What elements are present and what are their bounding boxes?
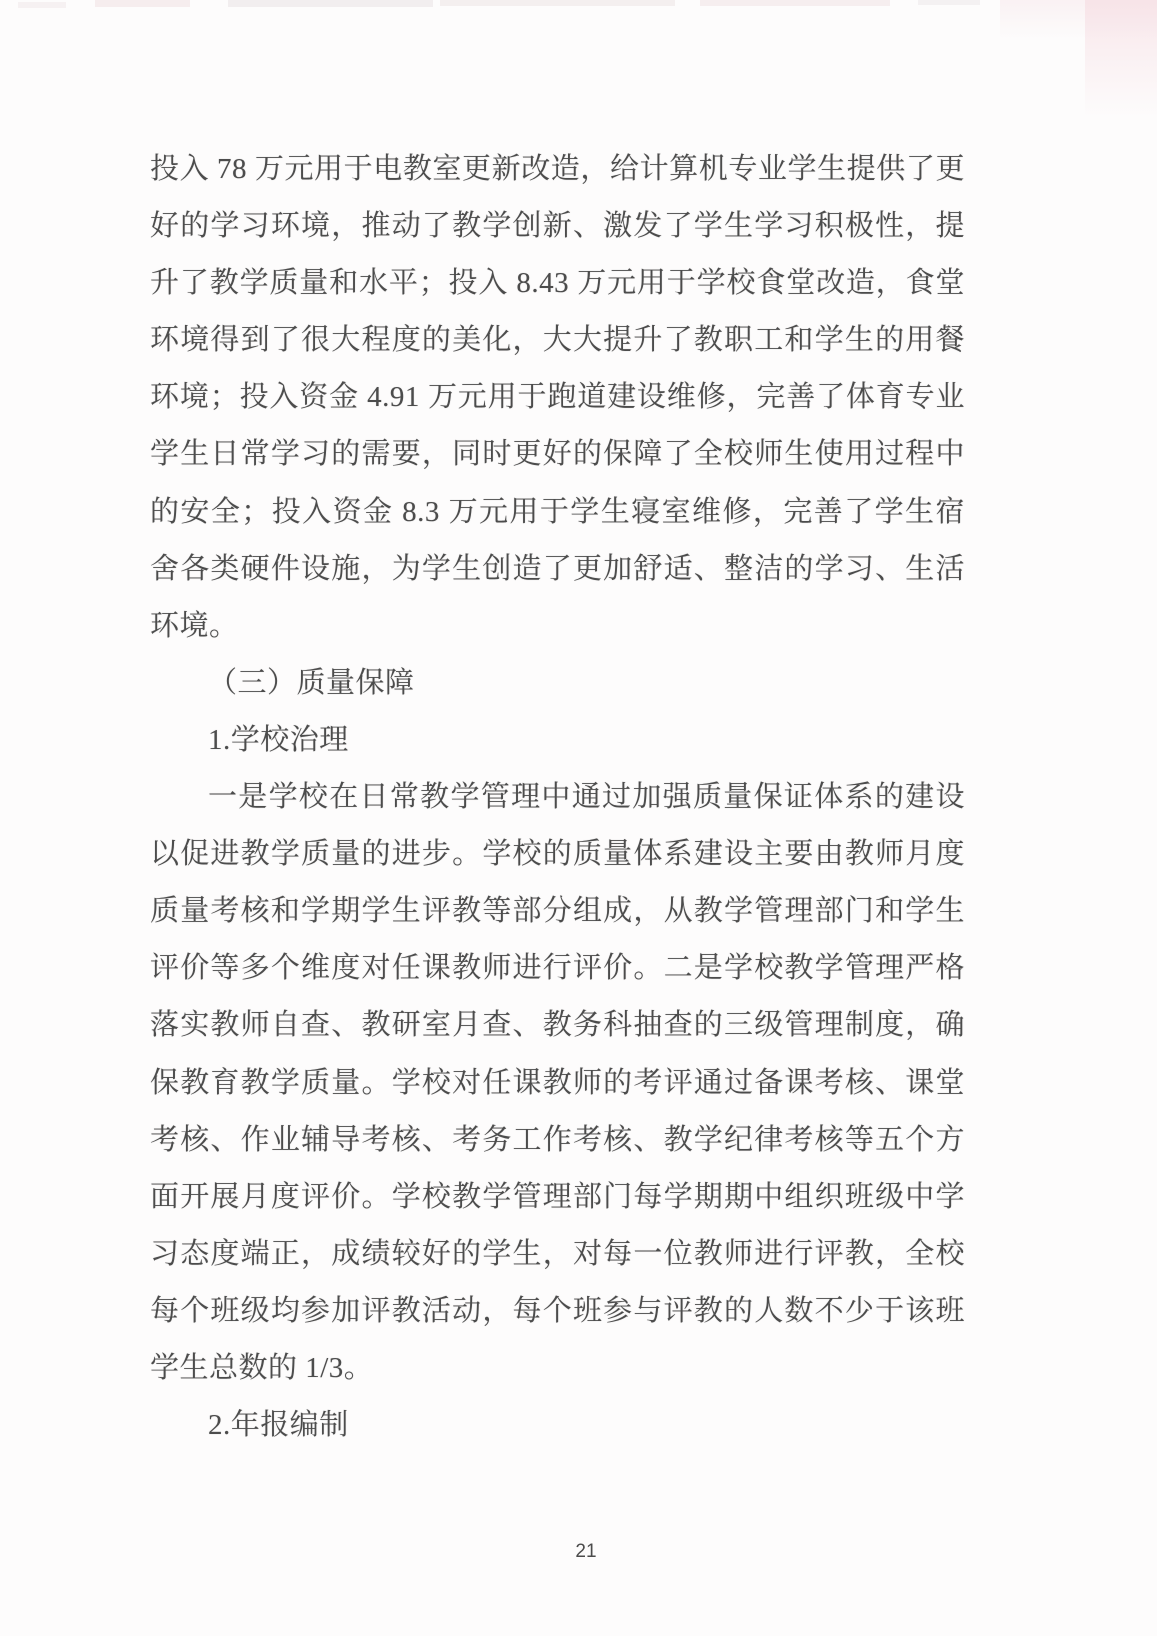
scan-artifact bbox=[440, 0, 675, 6]
text-line: 环境得到了很大程度的美化，大大提升了教职工和学生的用餐 bbox=[150, 312, 965, 369]
text-line: 学生日常学习的需要，同时更好的保障了全校师生使用过程中 bbox=[150, 426, 965, 483]
document-body: 投入 78 万元用于电教室更新改造，给计算机专业学生提供了更 好的学习环境，推动… bbox=[150, 141, 965, 1454]
text-line: 好的学习环境，推动了教学创新、激发了学生学习积极性，提 bbox=[150, 198, 965, 255]
scan-artifact bbox=[1000, 0, 1157, 40]
section-heading-quality-assurance: （三）质量保障 bbox=[150, 655, 965, 712]
text-line: 舍各类硬件设施，为学生创造了更加舒适、整洁的学习、生活 bbox=[150, 541, 965, 598]
text-line: 升了教学质量和水平；投入 8.43 万元用于学校食堂改造，食堂 bbox=[150, 255, 965, 312]
text-line: 一是学校在日常教学管理中通过加强质量保证体系的建设 bbox=[150, 769, 965, 826]
text-line: 质量考核和学期学生评教等部分组成，从教学管理部门和学生 bbox=[150, 883, 965, 940]
scan-artifact bbox=[95, 0, 190, 7]
text-line: 面开展月度评价。学校教学管理部门每学期期中组织班级中学 bbox=[150, 1169, 965, 1226]
scan-artifact bbox=[228, 0, 433, 7]
text-line: 投入 78 万元用于电教室更新改造，给计算机专业学生提供了更 bbox=[150, 141, 965, 198]
text-line: 的安全；投入资金 8.3 万元用于学生寝室维修，完善了学生宿 bbox=[150, 484, 965, 541]
text-line: 环境；投入资金 4.91 万元用于跑道建设维修，完善了体育专业 bbox=[150, 369, 965, 426]
subsection-heading-annual-report: 2.年报编制 bbox=[150, 1397, 965, 1454]
text-line: 评价等多个维度对任课教师进行评价。二是学校教学管理严格 bbox=[150, 940, 965, 997]
text-line: 每个班级均参加评教活动，每个班参与评教的人数不少于该班 bbox=[150, 1283, 965, 1340]
text-line: 以促进教学质量的进步。学校的质量体系建设主要由教师月度 bbox=[150, 826, 965, 883]
scan-artifact bbox=[918, 0, 980, 5]
text-line: 环境。 bbox=[150, 598, 965, 655]
subsection-heading-school-governance: 1.学校治理 bbox=[150, 712, 965, 769]
scan-artifact bbox=[18, 2, 66, 8]
text-line: 习态度端正，成绩较好的学生，对每一位教师进行评教，全校 bbox=[150, 1226, 965, 1283]
scan-artifact bbox=[700, 0, 890, 6]
text-line: 学生总数的 1/3。 bbox=[150, 1340, 965, 1397]
scan-artifact bbox=[1085, 0, 1157, 118]
text-line: 落实教师自查、教研室月查、教务科抽查的三级管理制度，确 bbox=[150, 997, 965, 1054]
page-number: 21 bbox=[575, 1541, 596, 1563]
document-page: 投入 78 万元用于电教室更新改造，给计算机专业学生提供了更 好的学习环境，推动… bbox=[0, 0, 1157, 1636]
text-line: 保教育教学质量。学校对任课教师的考评通过备课考核、课堂 bbox=[150, 1055, 965, 1112]
text-line: 考核、作业辅导考核、考务工作考核、教学纪律考核等五个方 bbox=[150, 1112, 965, 1169]
